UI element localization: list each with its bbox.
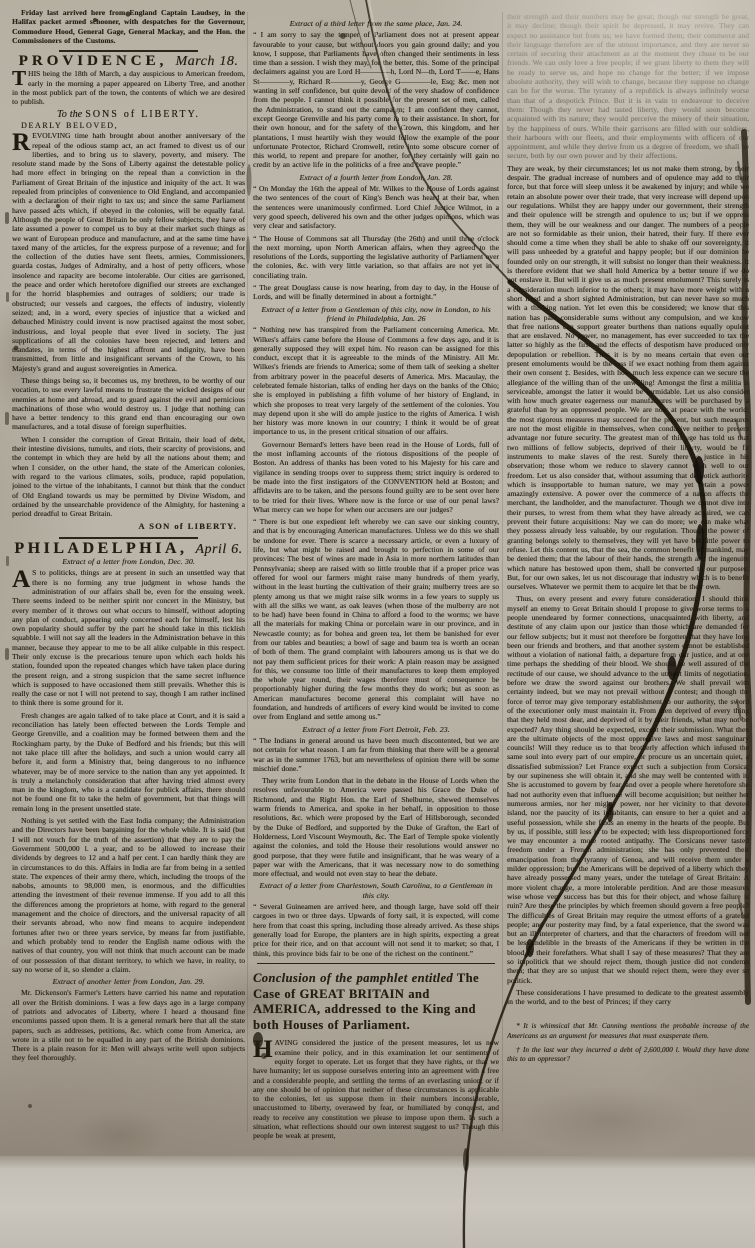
providence-dateline: PROVIDENCE, March 18. — [12, 57, 245, 66]
body-paragraph: “ Several Guineamen are arrived here, an… — [253, 902, 499, 958]
column-rule — [247, 12, 248, 1132]
extract-heading: Extract of a letter from a Gentleman of … — [253, 305, 499, 324]
body-paragraph: They are weak, by their circumstances; l… — [507, 164, 749, 592]
extract-heading: Extract of a letter from London, Dec. 30… — [12, 557, 245, 566]
heading-prefix: To the — [57, 109, 82, 120]
body-paragraph: Fresh changes are again talked of to tak… — [12, 711, 245, 813]
section-rule — [59, 537, 199, 539]
dateline-date: April 6. — [195, 542, 242, 557]
section-rule — [257, 963, 496, 965]
paragraph-text: AVING considered the justice of the pres… — [253, 1038, 499, 1140]
drop-cap: H — [253, 1039, 273, 1060]
paragraph-text: HIS being the 18th of March, a day auspi… — [12, 69, 245, 106]
footnote: * It is whimsical that Mr. Canning menti… — [507, 1022, 749, 1041]
extract-heading: Extract of a third letter from the same … — [253, 19, 499, 28]
body-paragraph: Governour Bernard's letters have been re… — [253, 440, 499, 514]
heading-prefix: Conclusion of the pamphlet entitled — [253, 971, 453, 985]
extract-heading: Extract of a fourth letter from London, … — [253, 173, 499, 182]
salutation: DEARLY BELOVED, — [12, 121, 245, 130]
section-rule — [59, 50, 199, 52]
newspaper-page: Friday last arrived here from England Ca… — [0, 0, 755, 1248]
heading-title: SONS of LIBERTY. — [85, 109, 200, 120]
pamphlet-conclusion-heading: Conclusion of the pamphlet entitled The … — [253, 971, 499, 1033]
extract-heading: Extract of another letter from London, J… — [12, 977, 245, 986]
body-paragraph: These things being so, it becomes us, my… — [12, 376, 245, 432]
body-paragraph: When I consider the corruption of Great … — [12, 435, 245, 519]
dateline-date: March 18. — [176, 54, 239, 69]
body-paragraph: AS to politicks, things are at present i… — [12, 568, 245, 707]
body-paragraph: Thus, on every present and every future … — [507, 594, 749, 984]
body-paragraph: THIS being the 18th of March, a day ausp… — [12, 69, 245, 106]
drop-cap: R — [12, 132, 30, 153]
body-paragraph: These considerations I have presumed to … — [507, 988, 749, 1007]
column-center: Extract of a third letter from the same … — [253, 0, 499, 1166]
column-rule — [502, 12, 503, 1132]
dateline-city: PROVIDENCE, — [19, 53, 168, 69]
extract-heading: Extract of a letter from Fort Detroit, F… — [253, 725, 499, 734]
body-paragraph: HAVING considered the justice of the pre… — [253, 1038, 499, 1140]
scan-bed — [0, 1156, 755, 1248]
column-right: their strength and their numbers may be … — [507, 0, 749, 1162]
body-paragraph: “ The great Douglass cause is now hearin… — [253, 283, 499, 302]
signature-line: A SON of LIBERTY. — [12, 522, 237, 531]
body-paragraph: Nothing is yet settled with the East Ind… — [12, 816, 245, 974]
body-paragraph: “ There is but one expedient left whereb… — [253, 517, 499, 722]
extract-heading: Extract of a letter from Charlestown, So… — [253, 881, 499, 900]
body-paragraph: REVOLVING time hath brought about anothe… — [12, 131, 245, 373]
paragraph-text: EVOLVING time hath brought about another… — [12, 131, 245, 372]
body-paragraph: Mr. Dickenson's Farmer's Letters have ca… — [12, 988, 245, 1062]
body-paragraph: They write from London that in the debat… — [253, 776, 499, 878]
sons-of-liberty-heading: To the SONS of LIBERTY. — [12, 110, 245, 119]
body-paragraph: their strength and their numbers may be … — [507, 12, 749, 161]
body-paragraph: “ On Monday the 16th the appeal of Mr. W… — [253, 184, 499, 230]
arrival-note: Friday last arrived here from England Ca… — [12, 8, 245, 45]
body-paragraph: “ The House of Commons sat all Thursday … — [253, 234, 499, 280]
dateline-city: PHILADELPHIA, — [14, 540, 187, 557]
philadelphia-dateline: PHILADELPHIA, April 6. — [12, 544, 245, 554]
drop-cap: A — [12, 569, 30, 590]
column-left: Friday last arrived here from England Ca… — [12, 0, 245, 1138]
body-paragraph: “ The Indians in general around us have … — [253, 736, 499, 773]
body-paragraph: “ Nothing new has transpired from the Pa… — [253, 325, 499, 437]
paragraph-text: S to politicks, things are at present in… — [12, 568, 245, 707]
body-paragraph: “ I am sorry to say the temper of Parlia… — [253, 30, 499, 169]
footnote: † In the last war they incurred a debt o… — [507, 1046, 749, 1065]
drop-cap: T — [12, 70, 26, 87]
